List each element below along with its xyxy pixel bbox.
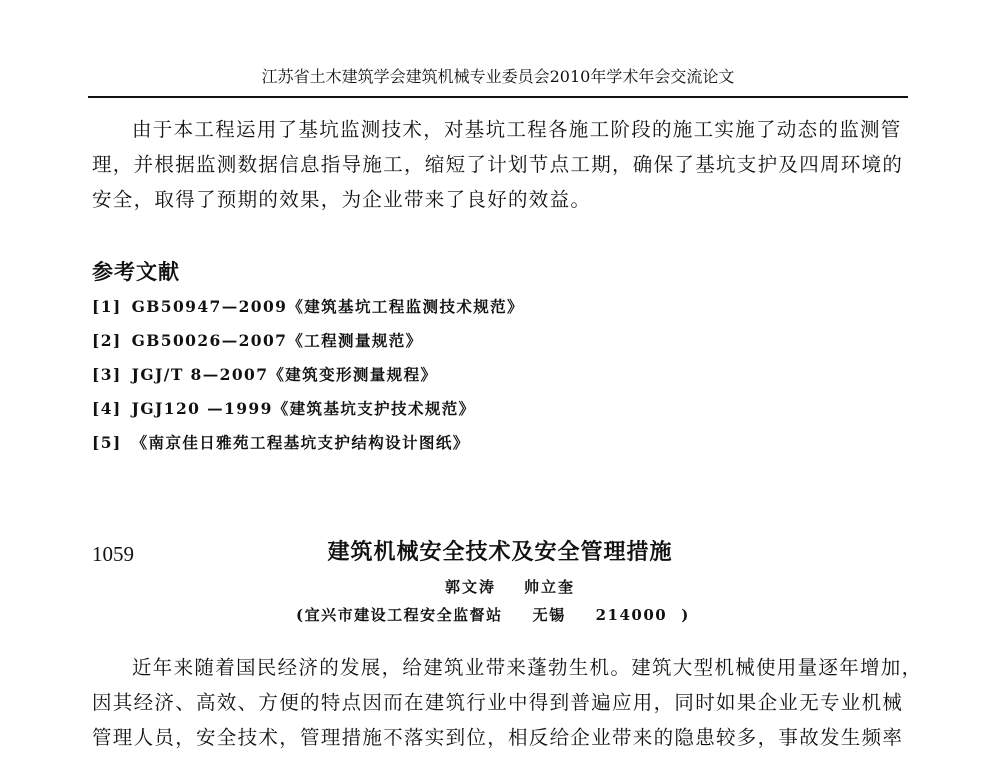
affiliation-postcode: 214000 [596,606,668,624]
article-title: 建筑机械安全技术及安全管理措施 [280,538,720,568]
affiliation-close: ) [681,606,690,624]
reference-text: GB50026—2007《工程测量规范》 [132,331,423,350]
reference-number: [1] [92,297,122,316]
running-header: 江苏省土木建筑学会建筑机械专业委员会2010年学术年会交流论文 [88,66,908,88]
reference-number: [4] [92,399,122,418]
document-page: 江苏省土木建筑学会建筑机械专业委员会2010年学术年会交流论文 由于本工程运用了… [0,0,1000,760]
reference-number: [5] [92,433,122,452]
author-affiliation: (宜兴市建设工程安全监督站无锡214000) [296,604,690,626]
reference-text: 《南京佳日雅苑工程基坑支护结构设计图纸》 [132,433,470,452]
reference-number: [2] [92,331,122,350]
affiliation-org: (宜兴市建设工程安全监督站 [296,606,503,624]
paragraph-line: 由于本工程运用了基坑监测技术，对基坑工程各施工阶段的施工实施了动态的监测管 [132,116,902,144]
reference-text: JGJ120 —1999《建筑基坑支护技术规范》 [132,399,476,418]
author-name: 帅立奎 [524,578,575,596]
reference-text: GB50947—2009《建筑基坑工程监测技术规范》 [132,297,524,316]
header-rule [88,96,908,98]
paragraph-line: 理，并根据监测数据信息指导施工，缩短了计划节点工期，确保了基坑支护及四周环境的 [92,151,903,179]
reference-item: [5]《南京佳日雅苑工程基坑支护结构设计图纸》 [92,432,470,454]
reference-text: JGJ/T 8—2007《建筑变形测量规程》 [132,365,438,384]
reference-item: [4]JGJ120 —1999《建筑基坑支护技术规范》 [92,398,476,420]
reference-number: [3] [92,365,122,384]
paragraph-line: 管理人员，安全技术，管理措施不落实到位，相反给企业带来的隐患较多，事故发生频率 [92,724,903,752]
reference-item: [1]GB50947—2009《建筑基坑工程监测技术规范》 [92,296,524,318]
affiliation-city: 无锡 [533,606,566,624]
references-heading: 参考文献 [92,258,180,286]
reference-item: [2]GB50026—2007《工程测量规范》 [92,330,423,352]
paragraph-line: 因其经济、高效、方便的特点因而在建筑行业中得到普遍应用，同时如果企业无专业机械 [92,689,903,717]
paragraph-line: 近年来随着国民经济的发展，给建筑业带来蓬勃生机。建筑大型机械使用量逐年增加， [132,654,922,682]
paragraph-line: 安全，取得了预期的效果，为企业带来了良好的效益。 [92,186,591,214]
article-authors: 郭文涛帅立奎 [300,576,720,598]
article-number: 1059 [92,540,134,568]
author-name: 郭文涛 [445,578,496,596]
reference-item: [3]JGJ/T 8—2007《建筑变形测量规程》 [92,364,437,386]
